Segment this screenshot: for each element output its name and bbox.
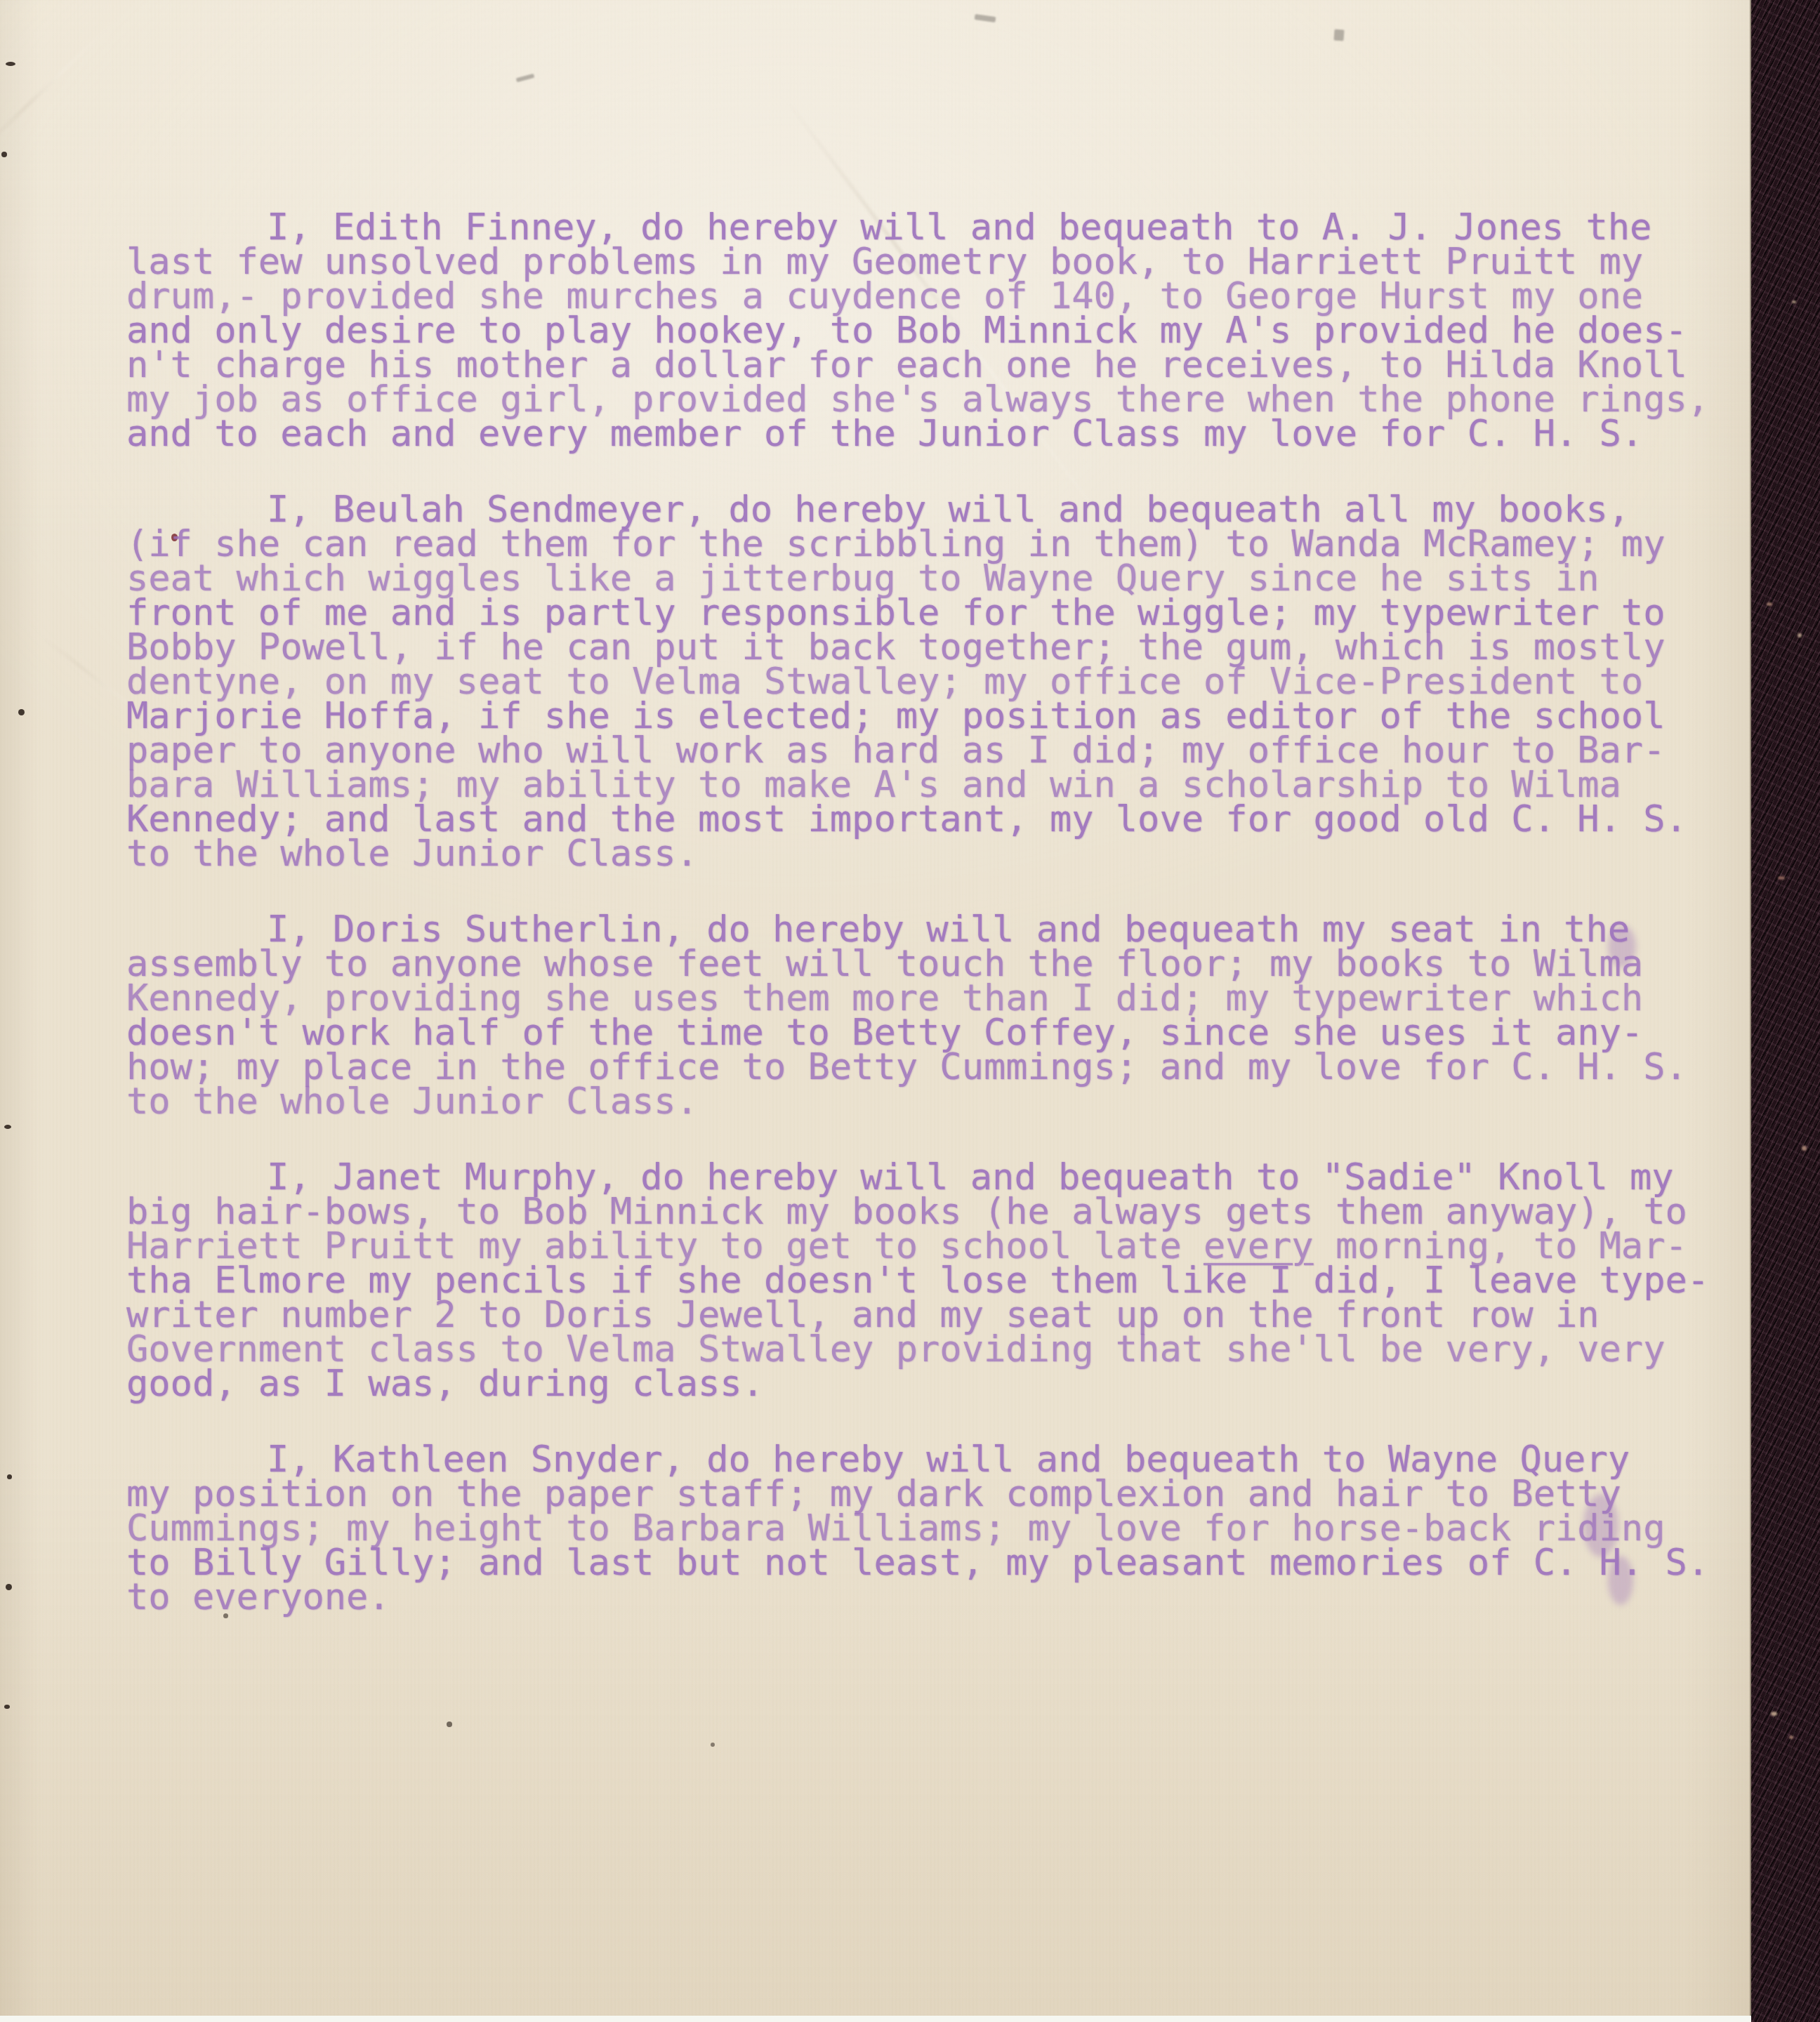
- text-line: big hair-bows, to Bob Minnick my books (…: [126, 1195, 1741, 1229]
- will-paragraph: I, Janet Murphy, do hereby will and bequ…: [126, 1161, 1741, 1401]
- text-line: how; my place in the office to Betty Cum…: [126, 1050, 1741, 1085]
- text-line: my job as office girl, provided she's al…: [126, 383, 1741, 417]
- text-line: seat which wiggles like a jitterbug to W…: [126, 562, 1741, 596]
- fabric-fleck: [1792, 300, 1796, 303]
- paper-speck: [711, 1743, 715, 1747]
- paper-sheet: I, Edith Finney, do hereby will and bequ…: [0, 0, 1751, 2022]
- will-paragraph: I, Doris Sutherlin, do hereby will and b…: [126, 913, 1741, 1119]
- will-paragraph: I, Edith Finney, do hereby will and bequ…: [126, 211, 1741, 451]
- text-line: dentyne, on my seat to Velma Stwalley; m…: [126, 665, 1741, 699]
- text-line: bara Williams; my ability to make A's an…: [126, 768, 1741, 802]
- fabric-fleck: [1802, 1146, 1807, 1151]
- scan-background-fabric: [1751, 0, 1820, 2022]
- fabric-fleck: [1778, 876, 1785, 880]
- paper-speck: [447, 1722, 452, 1727]
- paper-speck: [4, 1705, 10, 1709]
- paper-crease: [0, 12, 124, 145]
- text-segment: good, as I was, during class.: [126, 1363, 764, 1405]
- text-line: last few unsolved problems in my Geometr…: [126, 245, 1741, 279]
- text-line: n't charge his mother a dollar for each …: [126, 348, 1741, 383]
- text-line: Marjorie Hoffa, if she is elected; my po…: [126, 699, 1741, 734]
- paper-speck: [6, 62, 15, 66]
- will-paragraph: I, Beulah Sendmeyer, do hereby will and …: [126, 493, 1741, 871]
- pencil-mark: [516, 74, 535, 83]
- scanned-document-page: I, Edith Finney, do hereby will and bequ…: [0, 0, 1820, 2022]
- paper-speck: [6, 1584, 12, 1590]
- text-line: to the whole Junior Class.: [126, 837, 1741, 871]
- fabric-fleck: [1789, 1736, 1793, 1739]
- text-line: drum,- provided she murches a cuydence o…: [126, 279, 1741, 314]
- text-line: Bobby Powell, if he can put it back toge…: [126, 630, 1741, 665]
- text-line: Kennedy, providing she uses them more th…: [126, 982, 1741, 1016]
- text-line: Harriett Pruitt my ability to get to sch…: [126, 1229, 1741, 1264]
- paper-speck: [4, 1125, 11, 1129]
- paper-speck: [1, 152, 7, 157]
- pencil-mark: [975, 14, 996, 22]
- text-line: paper to anyone who will work as hard as…: [126, 734, 1741, 768]
- fabric-fleck: [1767, 602, 1772, 606]
- text-line: I, Kathleen Snyder, do hereby will and b…: [126, 1443, 1741, 1477]
- text-line: assembly to anyone whose feet will touch…: [126, 947, 1741, 982]
- text-line: to everyone.: [126, 1580, 1741, 1615]
- text-segment: to the whole Junior Class.: [126, 1081, 698, 1123]
- text-line: writer number 2 to Doris Jewell, and my …: [126, 1298, 1741, 1333]
- typed-text-block: I, Edith Finney, do hereby will and bequ…: [126, 211, 1741, 1615]
- text-segment: and to each and every member of the Juni…: [126, 413, 1643, 455]
- fabric-fleck: [1798, 633, 1802, 637]
- text-line: tha Elmore my pencils if she doesn't los…: [126, 1264, 1741, 1298]
- paper-speck: [18, 709, 25, 715]
- text-line: and only desire to play hookey, to Bob M…: [126, 314, 1741, 348]
- text-segment: to everyone.: [126, 1576, 390, 1618]
- pencil-mark: [1333, 29, 1344, 41]
- text-line: to the whole Junior Class.: [126, 1085, 1741, 1119]
- text-line: I, Beulah Sendmeyer, do hereby will and …: [126, 493, 1741, 527]
- text-line: my position on the paper staff; my dark …: [126, 1477, 1741, 1512]
- text-line: I, Doris Sutherlin, do hereby will and b…: [126, 913, 1741, 947]
- text-line: I, Edith Finney, do hereby will and bequ…: [126, 211, 1741, 245]
- scan-bottom-strip: [0, 2016, 1751, 2022]
- text-line: Cummings; my height to Barbara Williams;…: [126, 1512, 1741, 1546]
- text-line: good, as I was, during class.: [126, 1367, 1741, 1401]
- text-line: front of me and is partly responsible fo…: [126, 596, 1741, 630]
- text-line: to Billy Gilly; and last but not least, …: [126, 1546, 1741, 1580]
- paper-speck: [7, 1474, 12, 1479]
- text-line: doesn't work half of the time to Betty C…: [126, 1016, 1741, 1050]
- text-segment: to the whole Junior Class.: [126, 833, 698, 875]
- will-paragraph: I, Kathleen Snyder, do hereby will and b…: [126, 1443, 1741, 1615]
- text-line: (if she can read them for the scribbling…: [126, 527, 1741, 562]
- text-line: Government class to Velma Stwalley provi…: [126, 1333, 1741, 1367]
- fabric-fleck: [1771, 1712, 1777, 1716]
- text-line: I, Janet Murphy, do hereby will and bequ…: [126, 1161, 1741, 1195]
- text-line: Kennedy; and last and the most important…: [126, 802, 1741, 837]
- text-line: and to each and every member of the Juni…: [126, 417, 1741, 451]
